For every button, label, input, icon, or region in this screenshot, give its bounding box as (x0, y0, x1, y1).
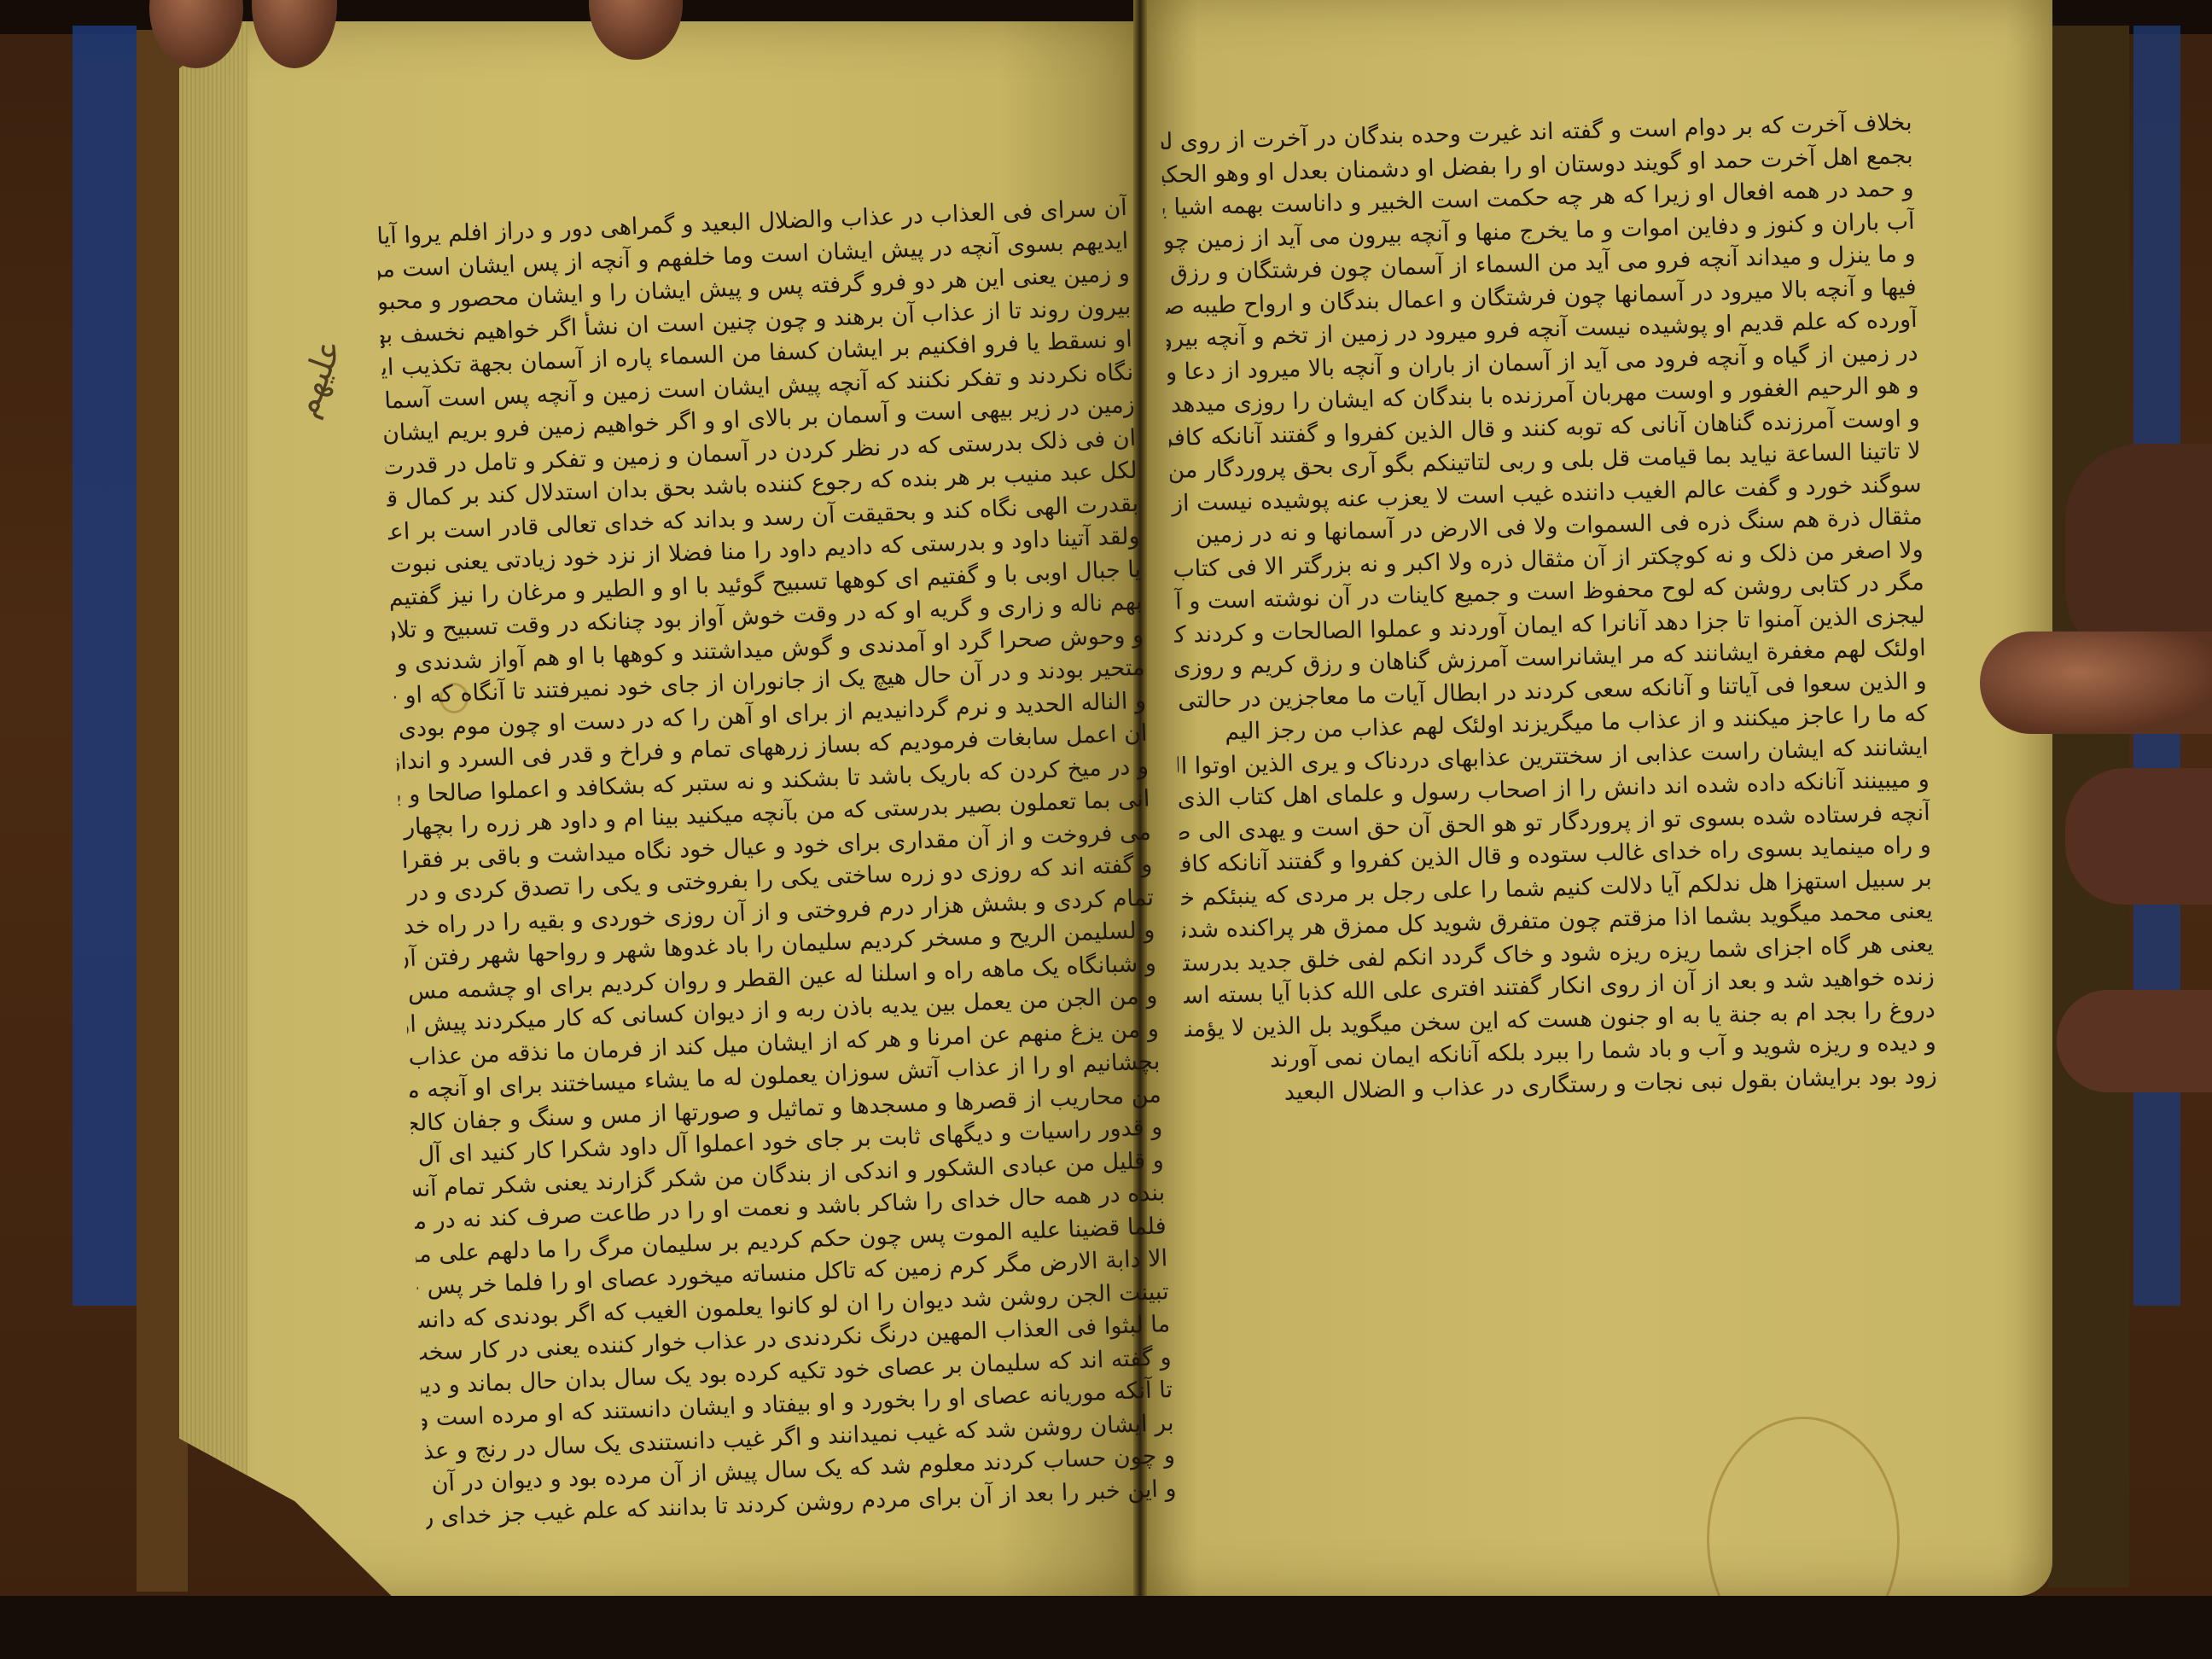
right-page-text: بخلاف آخرت که بر دوام است و گفته اند غیر… (1161, 107, 1937, 1112)
finger-right-lower (2057, 990, 2212, 1092)
page-edge-stack (179, 21, 247, 1596)
left-page-text: آن سرای فی العذاب در عذاب والضلال البعید… (376, 192, 1177, 1534)
finger-right-middle (2065, 768, 2212, 905)
dark-bottom-edge (0, 1596, 2212, 1659)
thumb-right (1980, 632, 2212, 734)
blue-cloth-left (73, 26, 137, 1306)
manuscript-photo: آن سرای فی العذاب در عذاب والضلال البعید… (0, 0, 2212, 1659)
